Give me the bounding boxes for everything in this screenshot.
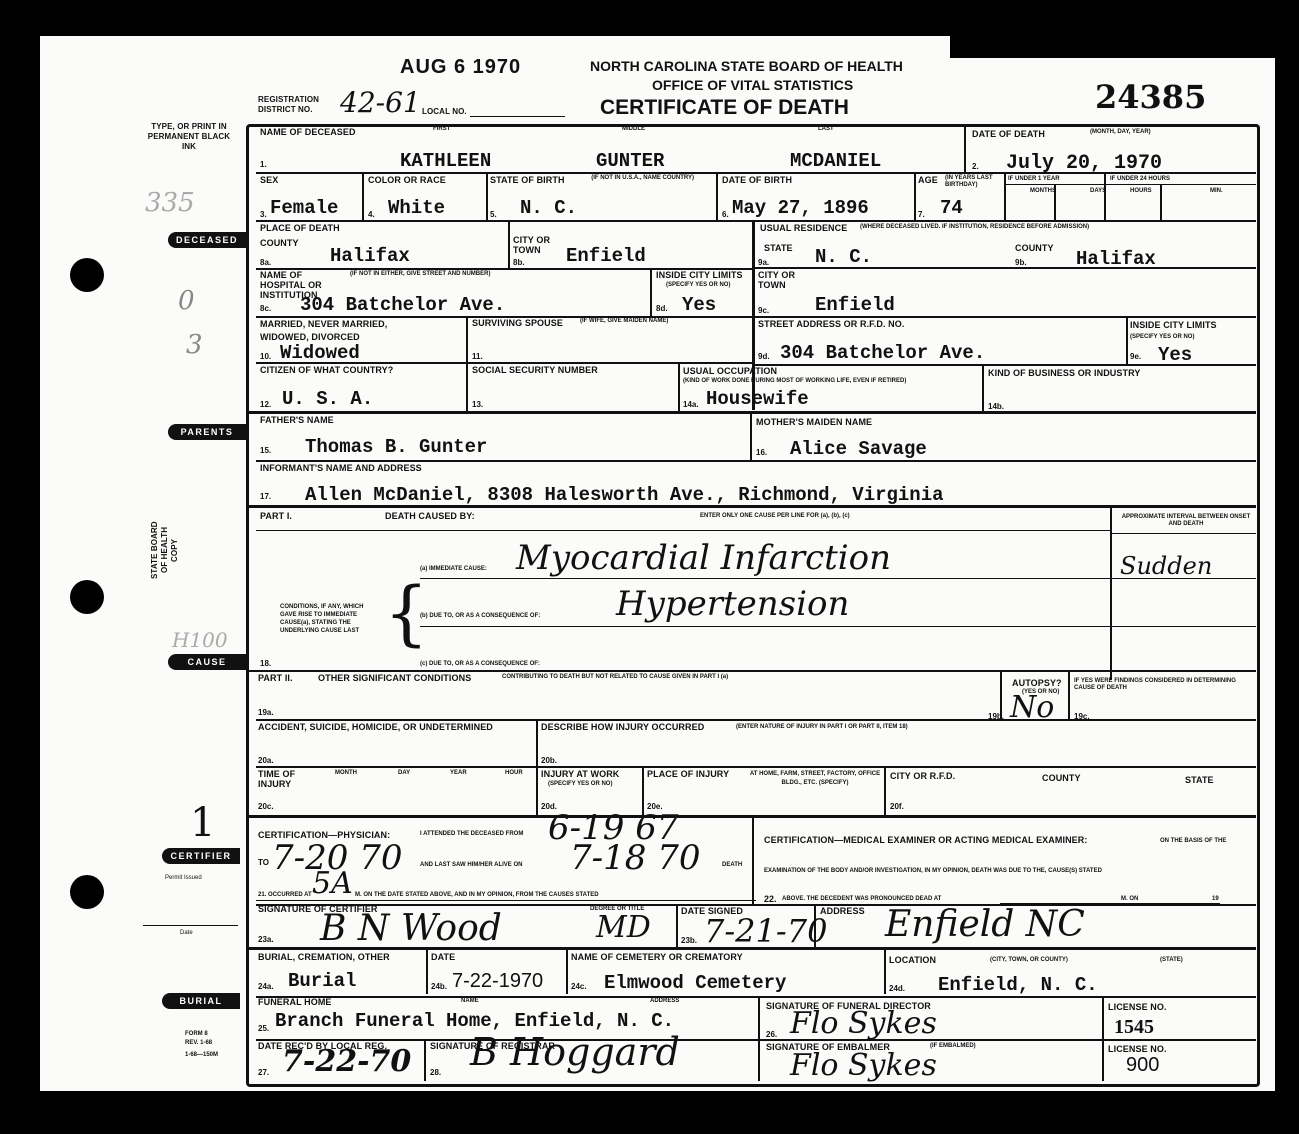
date-of-birth: May 27, 1896 (732, 197, 869, 219)
funeral-home: Branch Funeral Home, Enfield, N. C. (275, 1010, 674, 1032)
tab-parents: PARENTS (168, 424, 246, 440)
residence-street: 304 Batchelor Ave. (780, 342, 985, 364)
immediate-cause: Myocardial Infarction (516, 538, 891, 578)
birth-state: N. C. (520, 197, 577, 219)
death-county: Halifax (330, 245, 410, 267)
cemetery: Elmwood Cemetery (604, 972, 786, 994)
embalmer-signature: Flo Sykes (790, 1048, 937, 1083)
director-license: 1545 (1114, 1016, 1154, 1039)
certifier-degree: MD (596, 910, 651, 945)
ink-instructions: TYPE, OR PRINT IN PERMANENT BLACK INK (142, 122, 236, 152)
last-name: MCDANIEL (790, 150, 881, 172)
hospital: 304 Batchelor Ave. (300, 294, 505, 316)
burial-location: Enfield, N. C. (938, 974, 1098, 996)
marital-status: Widowed (280, 342, 360, 364)
funeral-director-signature: Flo Sykes (790, 1006, 937, 1041)
age: 74 (940, 197, 963, 219)
form-info: FORM 8REV. 1-681-68—150M (185, 1030, 218, 1060)
death-inside-limits: Yes (682, 294, 716, 316)
middle-name: GUNTER (596, 150, 664, 172)
received-stamp: AUG 6 1970 (400, 56, 521, 79)
residence-city: Enfield (815, 294, 895, 316)
burial-date: 7-22-1970 (452, 970, 543, 993)
tab-burial: BURIAL (162, 993, 240, 1009)
registrar-signature: B Hoggard (470, 1030, 680, 1074)
occupation: Housewife (706, 388, 809, 410)
mother-name: Alice Savage (790, 438, 927, 460)
pencil-mark: 0 (178, 286, 195, 316)
disposition: Burial (288, 970, 356, 992)
pencil-mark: 3 (186, 330, 203, 360)
certificate-number: 24385 (1095, 78, 1206, 116)
informant: Allen McDaniel, 8308 Halesworth Ave., Ri… (305, 484, 944, 506)
last-seen-alive: 7-18 70 (570, 838, 700, 878)
tab-deceased: DECEASED (168, 232, 246, 248)
certifier-address: Enfield NC (885, 904, 1085, 945)
pencil-mark: 1 (190, 800, 215, 846)
residence-inside-limits: Yes (1158, 344, 1192, 366)
registration-district: 42-61 (340, 86, 421, 119)
immediate-cause-interval: Sudden (1120, 552, 1212, 580)
tab-certifier: CERTIFIER (162, 848, 240, 864)
death-city: Enfield (566, 245, 646, 267)
date-received: 7-22-70 (282, 1044, 411, 1079)
date-label: Date (180, 930, 193, 936)
citizenship: U. S. A. (282, 388, 373, 410)
underlying-cause-b: Hypertension (616, 584, 849, 624)
punch-hole (70, 875, 104, 909)
scan-edge (950, 36, 1290, 58)
father-name: Thomas B. Gunter (305, 436, 487, 458)
permit-issued-label: Permit Issued (165, 875, 202, 881)
pencil-mark: 335 (145, 188, 195, 218)
sex: Female (270, 197, 338, 219)
vertical-copy-note: STATE BOARD OF HEALTH COPY (150, 515, 210, 585)
punch-hole (70, 580, 104, 614)
certifier-signature: B N Wood (320, 908, 502, 949)
name-label: NAME OF DECEASED (260, 127, 356, 137)
local-no-label: LOCAL NO. (422, 107, 467, 117)
pencil-mark: H100 (172, 628, 228, 652)
date-signed: 7-21-70 (704, 912, 827, 950)
residence-state: N. C. (815, 246, 872, 268)
tab-cause: CAUSE (168, 654, 246, 670)
agency-line1: NORTH CAROLINA STATE BOARD OF HEALTH (590, 58, 903, 74)
page-title: CERTIFICATE OF DEATH (600, 96, 849, 120)
punch-hole (70, 258, 104, 292)
embalmer-license: 900 (1126, 1054, 1159, 1077)
registration-label: REGISTRATION DISTRICT NO. (258, 95, 338, 115)
agency-line2: OFFICE OF VITAL STATISTICS (652, 77, 853, 93)
time-of-death: 5A (312, 866, 353, 901)
race: White (388, 197, 445, 219)
first-name: KATHLEEN (400, 150, 491, 172)
